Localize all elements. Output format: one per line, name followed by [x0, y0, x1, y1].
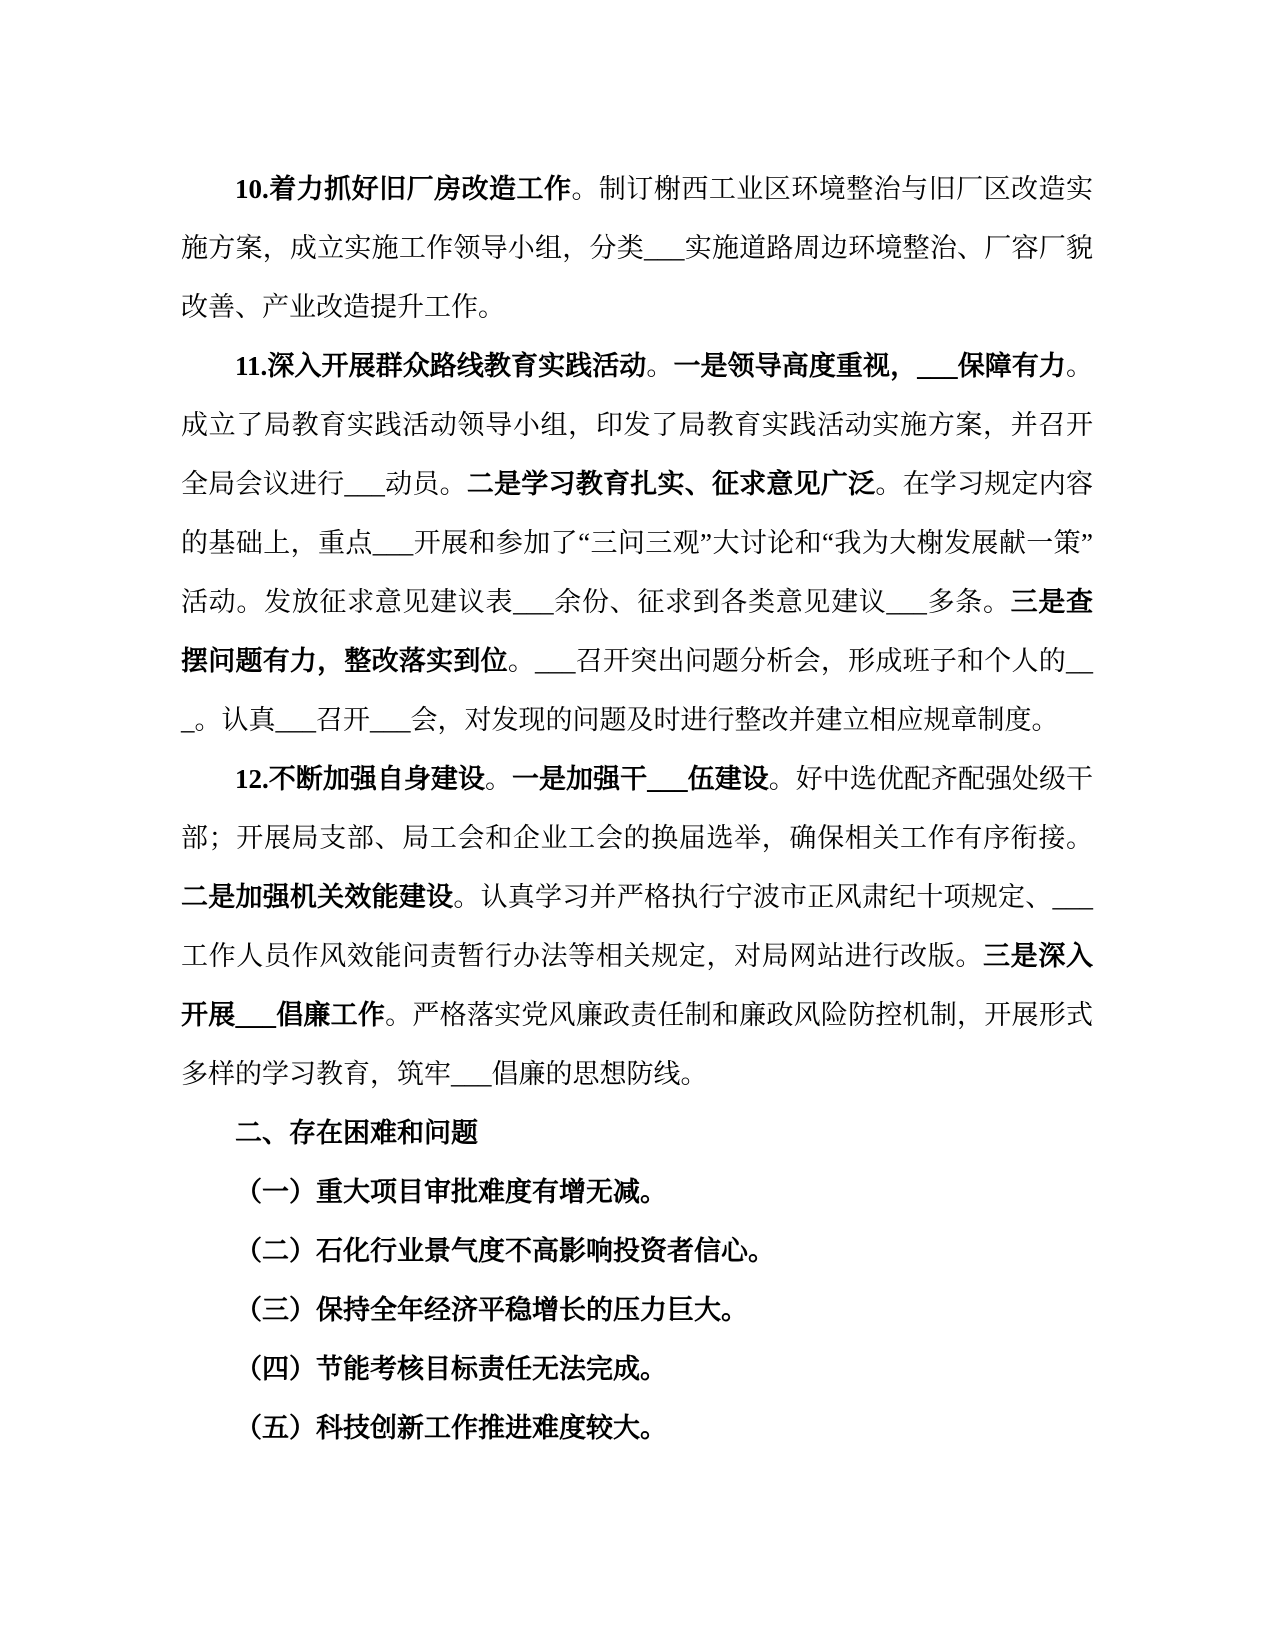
section-heading-difficulties: 二、存在困难和问题 — [181, 1104, 1093, 1163]
problem-item-3: （三）保持全年经济平稳增长的压力巨大。 — [181, 1281, 1093, 1340]
section-heading-text: 二、存在困难和问题 — [235, 1118, 478, 1148]
para-11-separator: 。 — [646, 351, 673, 381]
paragraph-item-12: 12.不断加强自身建设。一是加强干___伍建设。好中选优配齐配强处级干部；开展局… — [181, 750, 1093, 1104]
paragraph-item-10: 10.着力抓好旧厂房改造工作。制订榭西工业区环境整治与旧厂区改造实施方案，成立实… — [181, 160, 1093, 337]
problem-item-1: （一）重大项目审批难度有增无减。 — [181, 1163, 1093, 1222]
para-10-lead-bold: 10.着力抓好旧厂房改造工作 — [235, 174, 571, 204]
problem-item-3-text: （三）保持全年经济平稳增长的压力巨大。 — [235, 1295, 748, 1325]
para-12-separator: 。 — [485, 764, 512, 794]
para-11-point-2-bold: 二是学习教育扎实、征求意见广泛 — [467, 469, 876, 499]
problem-item-2-text: （二）石化行业景气度不高影响投资者信心。 — [235, 1236, 775, 1266]
document-body: 10.着力抓好旧厂房改造工作。制订榭西工业区环境整治与旧厂区改造实施方案，成立实… — [181, 160, 1093, 1458]
paragraph-item-11: 11.深入开展群众路线教育实践活动。一是领导高度重视，___保障有力。成立了局教… — [181, 337, 1093, 750]
document-page: 10.着力抓好旧厂房改造工作。制订榭西工业区环境整治与旧厂区改造实施方案，成立实… — [0, 0, 1275, 1650]
para-11-point-1-bold: 一是领导高度重视，___保障有力 — [673, 351, 1066, 381]
problem-item-2: （二）石化行业景气度不高影响投资者信心。 — [181, 1222, 1093, 1281]
para-12-point-2-bold: 二是加强机关效能建设 — [181, 882, 453, 912]
para-12-point-1-bold: 一是加强干___伍建设 — [512, 764, 769, 794]
problem-item-1-text: （一）重大项目审批难度有增无减。 — [235, 1177, 667, 1207]
problem-item-4-text: （四）节能考核目标责任无法完成。 — [235, 1354, 667, 1384]
problem-item-4: （四）节能考核目标责任无法完成。 — [181, 1340, 1093, 1399]
para-11-lead-bold: 11.深入开展群众路线教育实践活动 — [235, 351, 646, 381]
para-12-lead-bold: 12.不断加强自身建设 — [235, 764, 485, 794]
problem-item-5: （五）科技创新工作推进难度较大。 — [181, 1399, 1093, 1458]
problem-item-5-text: （五）科技创新工作推进难度较大。 — [235, 1413, 667, 1443]
